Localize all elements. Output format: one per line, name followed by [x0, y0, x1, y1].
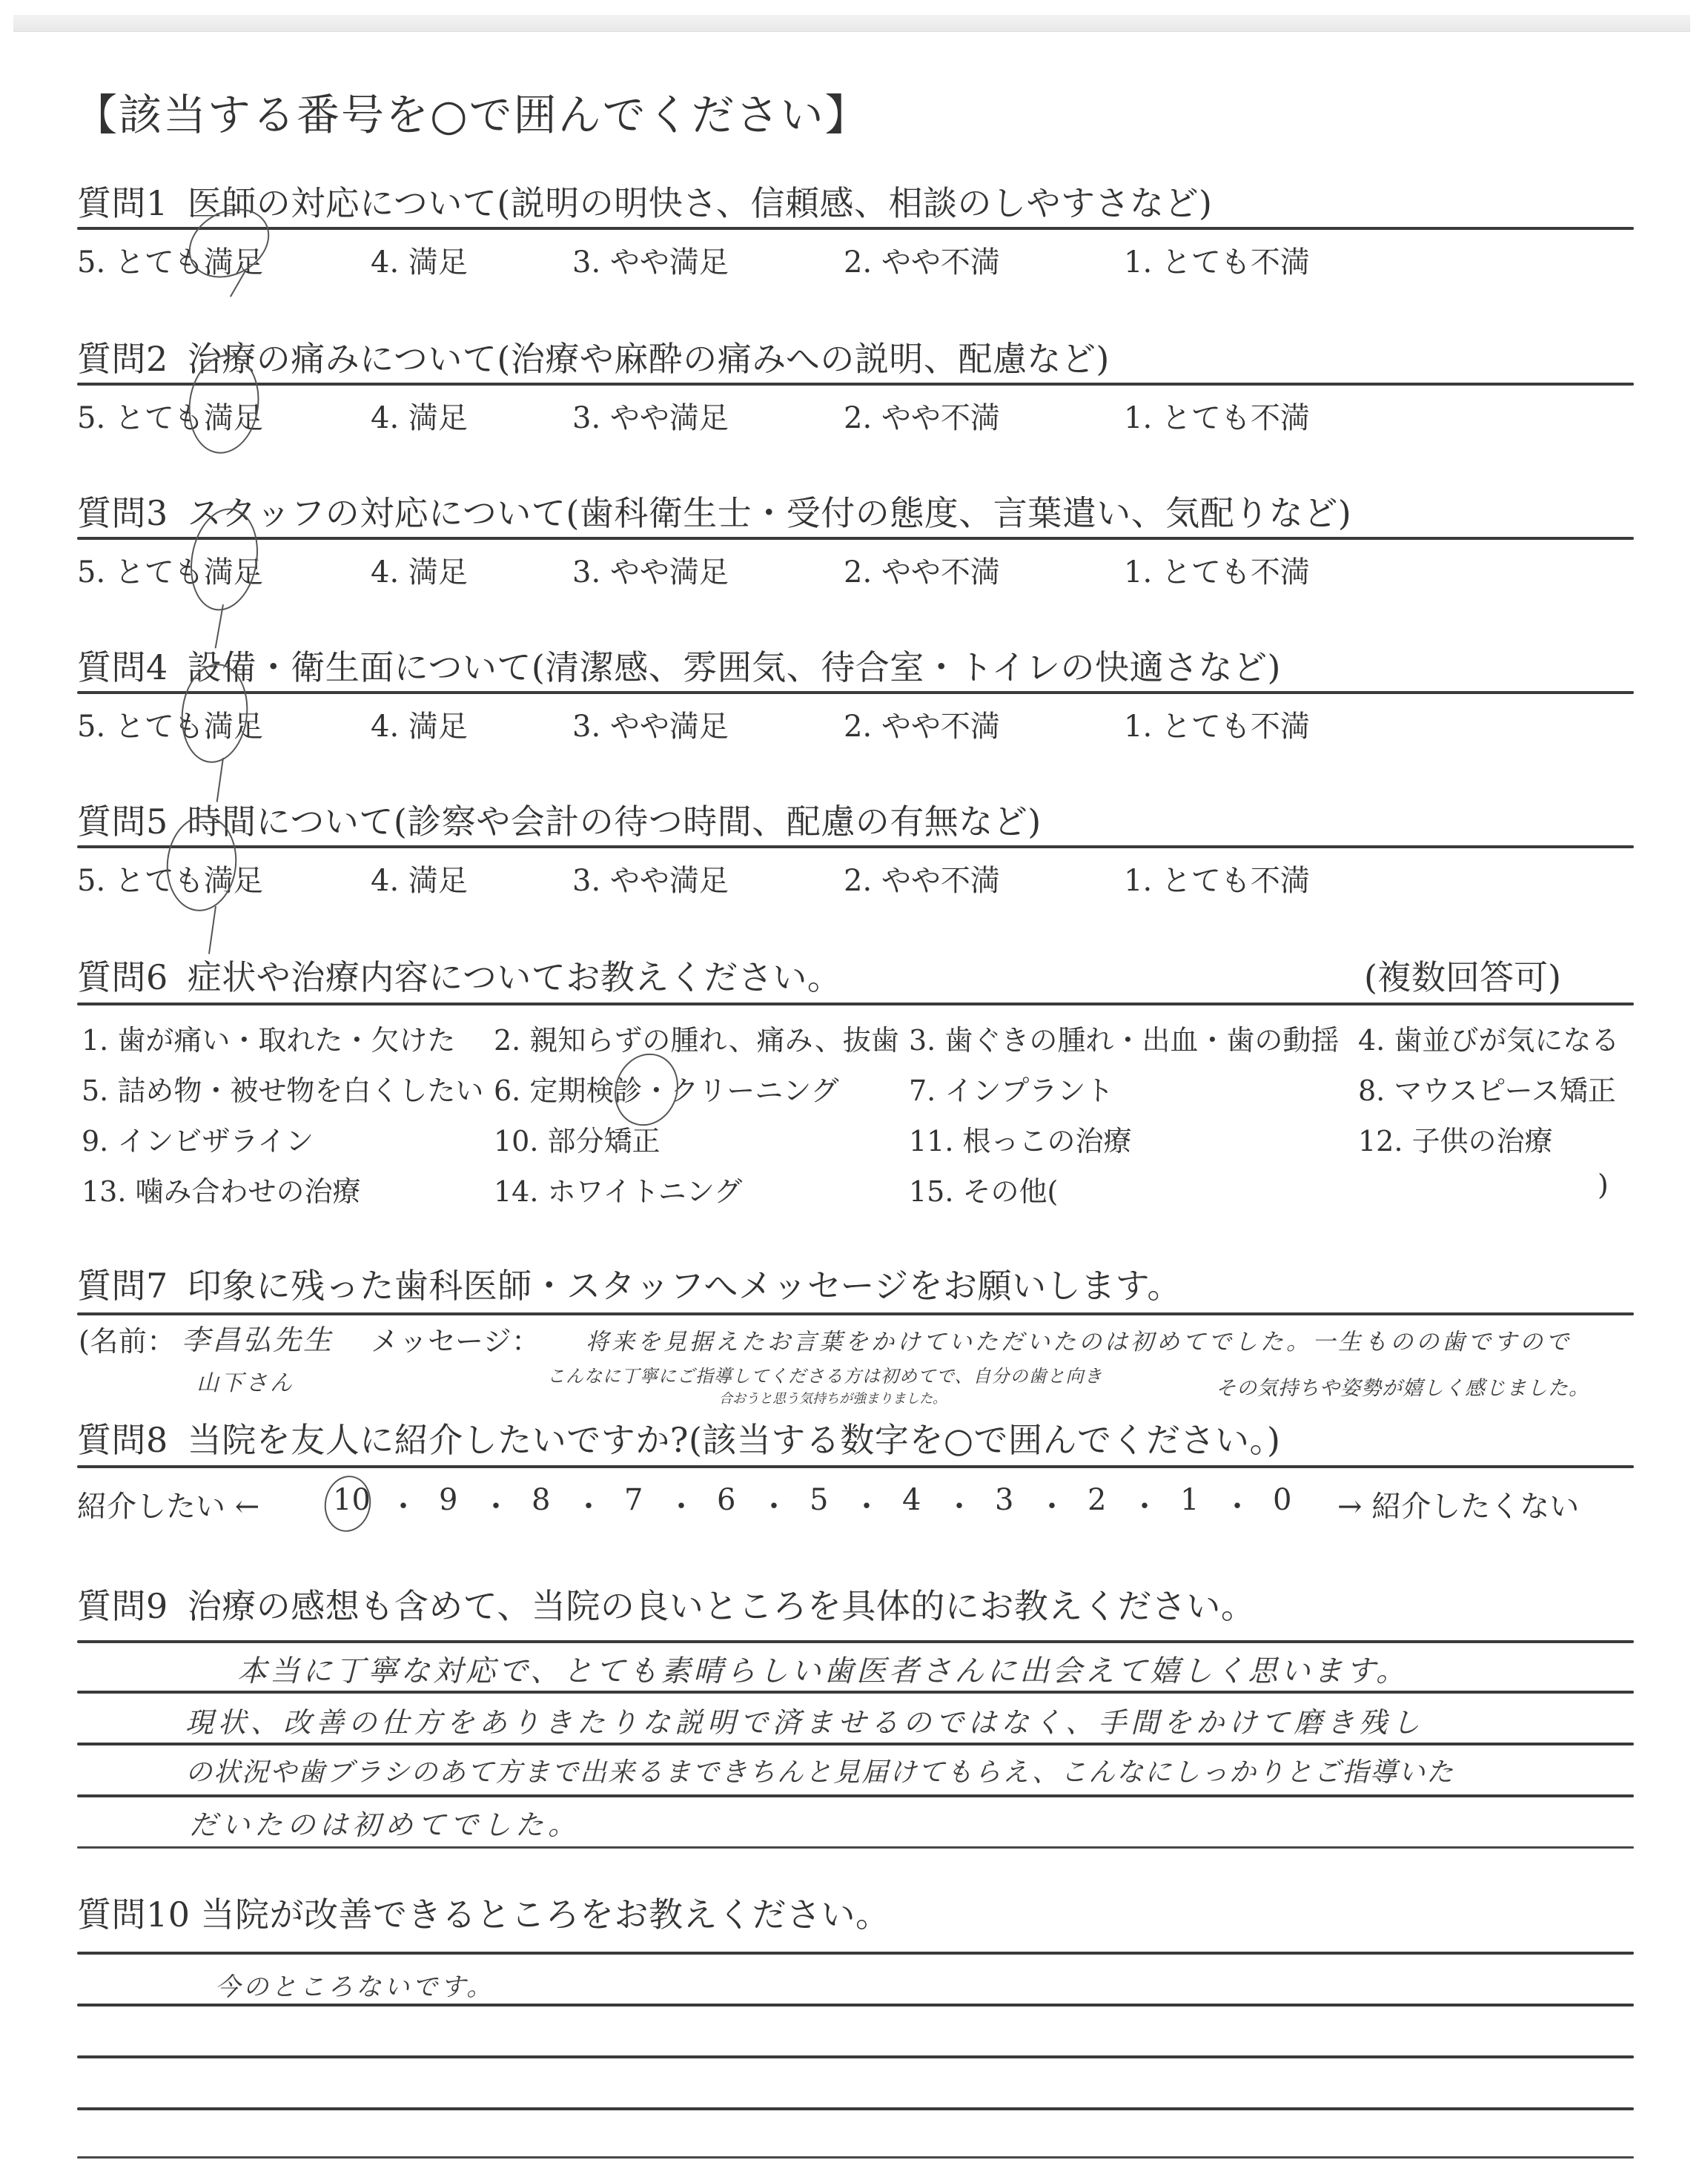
- question-4-options: 5. とても満足 4. 満足 3. やや満足 2. やや不満 1. とても不満: [77, 703, 1634, 740]
- answer-line: [77, 1743, 1634, 1745]
- divider: [77, 1952, 1634, 1955]
- handwritten-name-2: 山下さん: [196, 1364, 294, 1397]
- option-4[interactable]: 4. 満足: [371, 703, 468, 745]
- option-2[interactable]: 2. やや不満: [844, 549, 1000, 591]
- scale-value-1[interactable]: 1: [1180, 1483, 1199, 1517]
- scale-left-label: 紹介したい ←: [77, 1483, 259, 1525]
- option-3[interactable]: 3. やや満足: [572, 857, 729, 899]
- symptom-option[interactable]: 3. 歯ぐきの腫れ・出血・歯の動揺: [909, 1017, 1339, 1058]
- scale-value-7[interactable]: 7: [624, 1483, 643, 1517]
- question-number: 質問3: [77, 493, 168, 533]
- question-text: 治療の感想も含めて、当院の良いところを具体的にお教えください。: [188, 1586, 1256, 1626]
- scale-value-0[interactable]: 0: [1273, 1483, 1291, 1517]
- question-number: 質問4: [77, 647, 168, 687]
- question-text: 症状や治療内容についてお教えください。: [188, 957, 842, 997]
- question-number: 質問10: [77, 1895, 191, 1935]
- divider: [77, 691, 1634, 694]
- name-label: (名前：: [79, 1318, 176, 1359]
- handwritten-answer-line-1: 本当に丁寧な対応で、とても素晴らしい歯医者さんに出会えて嬉しく思います。: [237, 1648, 1409, 1690]
- question-1-options: 5. とても満足 4. 満足 3. やや満足 2. やや不満 1. とても不満: [77, 239, 1634, 276]
- symptom-option[interactable]: 1. 歯が痛い・取れた・欠けた: [82, 1017, 455, 1058]
- question-text: 治療の痛みについて(治療や麻酔の痛みへの説明、配慮など): [188, 339, 1110, 379]
- handwritten-answer-line-1: 今のところないです。: [215, 1966, 494, 2003]
- question-number: 質問6: [77, 957, 168, 997]
- question-number: 質問7: [77, 1266, 168, 1306]
- answer-line: [77, 2107, 1634, 2110]
- option-1[interactable]: 1. とても不満: [1124, 549, 1310, 591]
- scale-separator: ・: [944, 1483, 974, 1525]
- question-6-options: 1. 歯が痛い・取れた・欠けた 2. 親知らずの腫れ、痛み、抜歯 3. 歯ぐきの…: [82, 1017, 1638, 1210]
- divider: [77, 1312, 1634, 1315]
- option-1[interactable]: 1. とても不満: [1124, 394, 1310, 437]
- option-2[interactable]: 2. やや不満: [844, 703, 1000, 745]
- symptom-option[interactable]: 2. 親知らずの腫れ、痛み、抜歯: [494, 1017, 899, 1058]
- option-2[interactable]: 2. やや不満: [844, 239, 1000, 281]
- answer-line: [77, 1794, 1634, 1797]
- handwritten-message-2a: こんなに丁寧にご指導してくださる方は初めてで、自分の歯と向き: [547, 1361, 1103, 1387]
- question-3-title: 質問3スタッフの対応について(歯科衛生士・受付の態度、言葉遣い、気配りなど): [77, 486, 1351, 535]
- divider: [77, 1465, 1634, 1468]
- question-text: 印象に残った歯科医師・スタッフへメッセージをお願いします。: [188, 1266, 1182, 1306]
- question-number: 質問9: [77, 1586, 168, 1626]
- scale-value-5[interactable]: 5: [810, 1483, 828, 1517]
- pen-stroke: [208, 906, 216, 954]
- scale-value-9[interactable]: 9: [439, 1483, 457, 1517]
- option-3[interactable]: 3. やや満足: [572, 549, 729, 591]
- survey-sheet: 【該当する番号を○で囲んでください】 質問1医師の対応について(説明の明快さ、信…: [0, 0, 1708, 2160]
- question-3-options: 5. とても満足 4. 満足 3. やや満足 2. やや不満 1. とても不満: [77, 549, 1634, 586]
- question-text: 医師の対応について(説明の明快さ、信頼感、相談のしやすさなど): [188, 183, 1213, 223]
- symptom-option[interactable]: 9. インビザライン: [82, 1118, 314, 1159]
- answer-line: [77, 2004, 1634, 2007]
- message-label: メッセージ：: [371, 1318, 540, 1359]
- option-1[interactable]: 1. とても不満: [1124, 857, 1310, 899]
- option-4[interactable]: 4. 満足: [371, 239, 468, 281]
- option-4[interactable]: 4. 満足: [371, 857, 468, 899]
- answer-line: [77, 1691, 1634, 1694]
- option-2[interactable]: 2. やや不満: [844, 394, 1000, 437]
- scale-separator: ・: [759, 1483, 789, 1525]
- scale-separator: ・: [852, 1483, 881, 1525]
- question-text: 設備・衛生面について(清潔感、雰囲気、待合室・トイレの快適さなど): [188, 647, 1281, 687]
- question-10-title: 質問10当院が改善できるところをお教えください。: [77, 1888, 890, 1937]
- question-number: 質問1: [77, 183, 168, 223]
- question-number: 質問2: [77, 339, 168, 379]
- handwritten-message-2b: その気持ちや姿勢が嬉しく感じました。: [1216, 1372, 1589, 1401]
- option-1[interactable]: 1. とても不満: [1124, 703, 1310, 745]
- symptom-option[interactable]: 14. ホワイトニング: [494, 1169, 742, 1209]
- recommend-scale: 紹介したい ← 10 ・ 9 ・ 8 ・ 7 ・ 6 ・ 5 ・ 4 ・ 3 ・…: [77, 1483, 1634, 1527]
- scale-value-4[interactable]: 4: [902, 1483, 921, 1517]
- instruction-heading: 【該当する番号を○で囲んでください】: [74, 80, 870, 142]
- symptom-option[interactable]: 13. 噛み合わせの治療: [82, 1169, 361, 1209]
- scale-value-8[interactable]: 8: [532, 1483, 550, 1517]
- question-number: 質問8: [77, 1420, 168, 1460]
- scale-value-6[interactable]: 6: [717, 1483, 735, 1517]
- question-7-title: 質問7印象に残った歯科医師・スタッフへメッセージをお願いします。: [77, 1259, 1182, 1308]
- multiple-answers-note: (複数回答可): [1364, 951, 1561, 1000]
- scale-separator: ・: [1037, 1483, 1067, 1525]
- handwritten-answer-line-3: の状況や歯ブラシのあて方まで出来るまできちんと見届けてもらえ、こんなにしっかりと…: [185, 1751, 1454, 1789]
- divider: [77, 1640, 1634, 1643]
- option-4[interactable]: 4. 満足: [371, 549, 468, 591]
- divider: [77, 383, 1634, 386]
- handwritten-answer-line-2: 現状、改善の仕方をありきたりな説明で済ませるのではなく、手間をかけて磨き残し: [185, 1700, 1424, 1740]
- option-1[interactable]: 1. とても不満: [1124, 239, 1310, 281]
- symptom-option[interactable]: 7. インプラント: [909, 1068, 1113, 1109]
- handwritten-answer-line-4: だいたのは初めてでした。: [189, 1802, 580, 1843]
- handwritten-message-2c: 合おうと思う気持ちが強まりました。: [719, 1388, 946, 1407]
- question-4-title: 質問4設備・衛生面について(清潔感、雰囲気、待合室・トイレの快適さなど): [77, 641, 1281, 690]
- scale-value-2[interactable]: 2: [1088, 1483, 1106, 1517]
- question-text: 時間について(診察や会計の待つ時間、配慮の有無など): [188, 802, 1042, 842]
- option-3[interactable]: 3. やや満足: [572, 394, 729, 437]
- question-text: 当院が改善できるところをお教えください。: [201, 1895, 890, 1935]
- option-2[interactable]: 2. やや不満: [844, 857, 1000, 899]
- scale-separator: ・: [388, 1483, 418, 1525]
- divider: [77, 227, 1634, 230]
- answer-line: [77, 2055, 1634, 2058]
- question-9-title: 質問9治療の感想も含めて、当院の良いところを具体的にお教えください。: [77, 1579, 1255, 1628]
- answer-line: [77, 1846, 1634, 1849]
- scale-separator: ・: [1130, 1483, 1159, 1525]
- divider: [77, 845, 1634, 848]
- question-text: 当院を友人に紹介したいですか?(該当する数字を○で囲んでください。): [188, 1420, 1281, 1460]
- handwritten-name-1: 李昌弘先生: [182, 1317, 334, 1358]
- question-5-options: 5. とても満足 4. 満足 3. やや満足 2. やや不満 1. とても不満: [77, 857, 1634, 894]
- symptom-option[interactable]: 5. 詰め物・被せ物を白くしたい: [82, 1068, 483, 1109]
- symptom-option[interactable]: 8. マウスピース矯正: [1358, 1068, 1616, 1109]
- option-3[interactable]: 3. やや満足: [572, 239, 729, 281]
- symptom-option[interactable]: 11. 根っこの治療: [909, 1118, 1132, 1159]
- scale-value-3[interactable]: 3: [995, 1483, 1013, 1517]
- scale-separator: ・: [666, 1483, 696, 1525]
- answer-line: [77, 2156, 1634, 2159]
- symptom-option-other[interactable]: 15. その他(: [909, 1169, 1058, 1209]
- option-4[interactable]: 4. 満足: [371, 394, 468, 437]
- divider: [77, 537, 1634, 540]
- symptom-option[interactable]: 4. 歯並びが気になる: [1358, 1017, 1619, 1058]
- question-number: 質問5: [77, 802, 168, 842]
- question-2-options: 5. とても満足 4. 満足 3. やや満足 2. やや不満 1. とても不満: [77, 394, 1634, 432]
- other-close-paren: ): [1598, 1169, 1609, 1201]
- option-3[interactable]: 3. やや満足: [572, 703, 729, 745]
- question-8-title: 質問8当院を友人に紹介したいですか?(該当する数字を○で囲んでください。): [77, 1413, 1280, 1462]
- scale-right-label: → 紹介したくない: [1337, 1483, 1579, 1525]
- scale-separator: ・: [481, 1483, 511, 1525]
- handwritten-message-1: 将来を見据えたお言葉をかけていただいたのは初めてでした。一生ものの歯ですので: [586, 1323, 1572, 1356]
- question-text: スタッフの対応について(歯科衛生士・受付の態度、言葉遣い、気配りなど): [188, 493, 1351, 533]
- scale-separator: ・: [574, 1483, 603, 1525]
- divider: [77, 1003, 1634, 1005]
- scale-separator: ・: [1222, 1483, 1252, 1525]
- symptom-option[interactable]: 12. 子供の治療: [1358, 1118, 1553, 1159]
- question-6-title: 質問6症状や治療内容についてお教えください。: [77, 951, 841, 1000]
